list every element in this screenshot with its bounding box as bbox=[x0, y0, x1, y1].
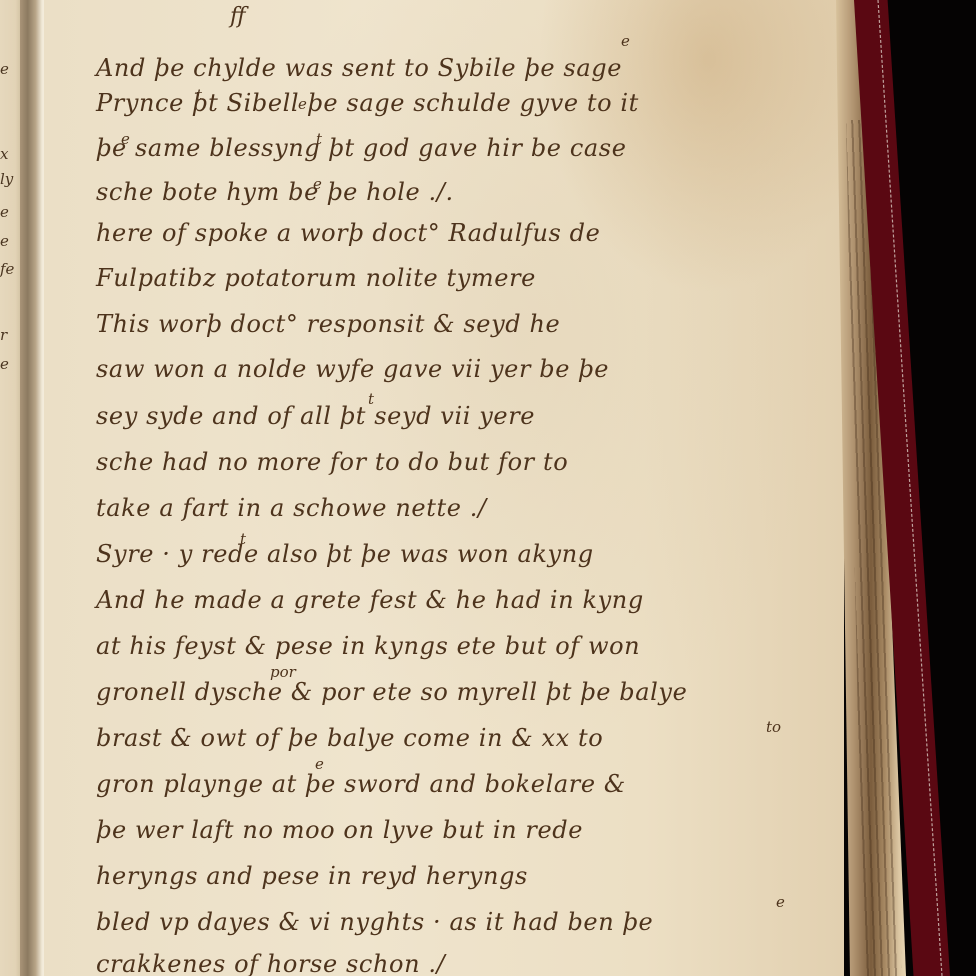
margin-fragment: e bbox=[0, 357, 20, 372]
interlinear-mark: e bbox=[298, 95, 307, 113]
interlinear-mark: e bbox=[313, 175, 322, 193]
text-line: gron playnge at þe sword and bokelare & bbox=[96, 770, 626, 798]
text-line: saw won a nolde wyfe gave vii yer be þe bbox=[96, 355, 609, 383]
text-line: at his feyst & pese in kyngs ete but of … bbox=[96, 632, 640, 660]
text-line: And he made a grete fest & he had in kyn… bbox=[96, 586, 644, 614]
margin-fragment: e bbox=[0, 205, 20, 220]
text-line: sche bote hym be þe hole ./. bbox=[96, 178, 454, 206]
text-line: sey syde and of all þt seyd vii yere bbox=[96, 402, 535, 430]
interlinear-mark: e bbox=[315, 755, 324, 773]
header-mark: ff bbox=[230, 4, 246, 29]
margin-fragment: e bbox=[0, 62, 20, 77]
interlinear-mark: e bbox=[776, 893, 785, 911]
margin-fragment: x bbox=[0, 147, 20, 162]
margin-fragment: r bbox=[0, 328, 20, 343]
margin-fragment: fe bbox=[0, 262, 20, 277]
interlinear-mark: t bbox=[240, 530, 246, 548]
text-line: sche had no more for to do but for to bbox=[96, 448, 568, 476]
interlinear-mark: por bbox=[270, 663, 296, 681]
interlinear-mark: e bbox=[121, 130, 130, 148]
interlinear-mark: e bbox=[621, 32, 630, 50]
interlinear-mark: t bbox=[368, 390, 374, 408]
text-line: þe same blessyng þt god gave hir be case bbox=[96, 134, 627, 162]
interlinear-mark: t bbox=[316, 130, 322, 148]
text-line: And þe chylde was sent to Sybile þe sage bbox=[96, 54, 622, 82]
manuscript-photo: e x ly e e fe r e ff And þe chylde was s… bbox=[0, 0, 976, 976]
text-line: crakkenes of horse schon ./ bbox=[96, 950, 445, 976]
text-line: heryngs and pese in reyd heryngs bbox=[96, 862, 528, 890]
text-line: brast & owt of þe balye come in & xx to bbox=[96, 724, 603, 752]
text-line: Fulpatibz potatorum nolite tymere bbox=[96, 264, 536, 292]
text-line: take a fart in a schowe nette ./ bbox=[96, 494, 487, 522]
book-gutter bbox=[20, 0, 46, 976]
interlinear-mark: to bbox=[766, 718, 781, 736]
margin-fragment: ly bbox=[0, 172, 20, 187]
interlinear-mark: t bbox=[196, 86, 202, 104]
margin-fragment: e bbox=[0, 234, 20, 249]
text-line: Syre · y rede also þt þe was won akyng bbox=[96, 540, 594, 568]
text-line: bled vp dayes & vi nyghts · as it had be… bbox=[96, 908, 653, 936]
text-line: This worþ doct° responsit & seyd he bbox=[96, 310, 560, 338]
text-line: here of spoke a worþ doct° Radulfus de bbox=[96, 219, 600, 247]
text-line: gronell dysche & por ete so myrell þt þe… bbox=[96, 678, 687, 706]
text-line: Prynce þt Sibell þe sage schulde gyve to… bbox=[96, 89, 639, 117]
text-line: þe wer laft no moo on lyve but in rede bbox=[96, 816, 583, 844]
facing-page-edge: e x ly e e fe r e bbox=[0, 0, 22, 976]
